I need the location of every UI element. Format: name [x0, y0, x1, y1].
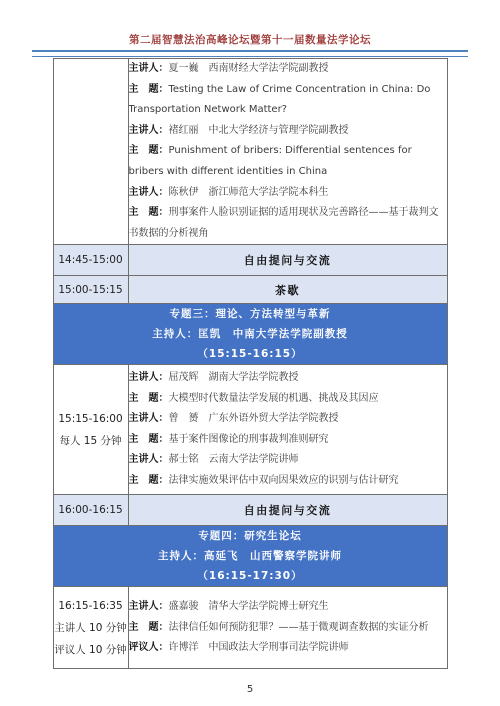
time-line: 16:00-16:15	[54, 499, 128, 521]
time-line: 16:15-16:35	[54, 595, 128, 617]
entry-line: 主 题：Punishment of bribers: Differential …	[129, 141, 447, 182]
entry-line: 主 题：大模型时代数量法学发展的机遇、挑战及其因应	[129, 389, 447, 410]
time-cell: 15:15-16:00每人 15 分钟	[53, 365, 128, 495]
entry-text: 夏一巍 西南财经大学法学院副教授	[169, 63, 329, 74]
session-detail-cell: 主讲人：夏一巍 西南财经大学法学院副教授主 题：Testing the Law …	[128, 59, 447, 245]
time-line: 15:15-16:00	[54, 408, 128, 430]
time-line: 评议人 10 分钟	[54, 639, 128, 661]
banner-line: 主持人：匡凯 中南大学法学院副教授	[54, 324, 447, 344]
document-page: 第二届智慧法治高峰论坛暨第十一届数量法学论坛 主讲人：夏一巍 西南财经大学法学院…	[0, 32, 500, 695]
entry-text: Testing the Law of Crime Concentration i…	[129, 84, 431, 116]
entry-line: 主讲人：曾 赟 广东外语外贸大学法学院教授	[129, 409, 447, 430]
entry-line: 主讲人：陈秋伊 浙江师范大学法学院本科生	[129, 183, 447, 204]
entry-line: 主讲人：屈茂辉 湖南大学法学院教授	[129, 368, 447, 389]
entry-label: 主 题：	[129, 434, 169, 445]
session-banner-cell: 专题四：研究生论坛主持人：高延飞 山西警察学院讲师（16:15-17:30）	[53, 526, 447, 587]
entry-line: 主 题：法律实施效果评估中双向因果效应的识别与估计研究	[129, 471, 447, 492]
banner-line: 专题三：理论、方法转型与革新	[54, 304, 447, 324]
session-detail-cell: 主讲人：屈茂辉 湖南大学法学院教授主 题：大模型时代数量法学发展的机遇、挑战及其…	[128, 365, 447, 495]
activity-cell: 自由提问与交流	[128, 495, 447, 526]
program-row-highlight: 16:00-16:15自由提问与交流	[53, 495, 447, 526]
time-line: 每人 15 分钟	[54, 430, 128, 452]
entry-line: 评议人：许博洋 中国政法大学刑事司法学院讲师	[129, 638, 447, 659]
entry-line: 主 题：刑事案件人脸识别证据的适用现状及完善路径——基于裁判文书数据的分析视角	[129, 203, 447, 244]
session-banner-cell: 专题三：理论、方法转型与革新主持人：匡凯 中南大学法学院副教授（15:15-16…	[53, 304, 447, 365]
page-number: 5	[247, 684, 253, 695]
entry-label: 主讲人：	[129, 454, 169, 465]
entry-text: 刑事案件人脸识别证据的适用现状及完善路径——基于裁判文书数据的分析视角	[129, 207, 439, 239]
entry-line: 主 题：基于案件图像论的刑事裁判准则研究	[129, 430, 447, 451]
entry-text: 褚红丽 中北大学经济与管理学院副教授	[169, 125, 349, 136]
time-cell: 16:00-16:15	[53, 495, 128, 526]
conference-title: 第二届智慧法治高峰论坛暨第十一届数量法学论坛	[0, 32, 500, 47]
entry-label: 主讲人：	[129, 413, 169, 424]
entry-line: 主 题：法律信任如何预防犯罪？——基于微观调查数据的实证分析	[129, 618, 447, 639]
entry-line: 主讲人：郝士铭 云南大学法学院讲师	[129, 450, 447, 471]
entry-label: 主讲人：	[129, 125, 169, 136]
time-cell: 16:15-16:35主讲人 10 分钟评议人 10 分钟	[53, 587, 128, 669]
entry-label: 评议人：	[129, 642, 169, 653]
entry-text: 郝士铭 云南大学法学院讲师	[169, 454, 299, 465]
banner-line: （16:15-17:30）	[54, 566, 447, 586]
entry-text: 许博洋 中国政法大学刑事司法学院讲师	[169, 642, 349, 653]
program-row-detail: 16:15-16:35主讲人 10 分钟评议人 10 分钟主讲人：盛嘉骏 清华大…	[53, 587, 447, 669]
entry-text: 法律实施效果评估中双向因果效应的识别与估计研究	[169, 475, 399, 486]
program-row-highlight: 14:45-15:00自由提问与交流	[53, 245, 447, 276]
activity-cell: 茶歇	[128, 276, 447, 304]
time-line: 主讲人 10 分钟	[54, 617, 128, 639]
entry-text: 屈茂辉 湖南大学法学院教授	[169, 372, 299, 383]
entry-text: 曾 赟 广东外语外贸大学法学院教授	[169, 413, 339, 424]
time-cell	[53, 59, 128, 245]
time-line: 14:45-15:00	[54, 249, 128, 271]
header-divider-rule	[32, 50, 468, 57]
program-row-detail: 主讲人：夏一巍 西南财经大学法学院副教授主 题：Testing the Law …	[53, 59, 447, 245]
page-footer: 5	[0, 684, 500, 695]
session-detail-cell: 主讲人：盛嘉骏 清华大学法学院博士研究生主 题：法律信任如何预防犯罪？——基于微…	[128, 587, 447, 669]
program-schedule-table: 主讲人：夏一巍 西南财经大学法学院副教授主 题：Testing the Law …	[53, 58, 448, 669]
entry-label: 主讲人：	[129, 372, 169, 383]
banner-line: 主持人：高延飞 山西警察学院讲师	[54, 546, 447, 566]
entry-label: 主 题：	[129, 622, 169, 633]
activity-cell: 自由提问与交流	[128, 245, 447, 276]
page-header: 第二届智慧法治高峰论坛暨第十一届数量法学论坛	[0, 32, 500, 57]
entry-label: 主 题：	[129, 475, 169, 486]
program-row-banner: 专题三：理论、方法转型与革新主持人：匡凯 中南大学法学院副教授（15:15-16…	[53, 304, 447, 365]
entry-line: 主讲人：夏一巍 西南财经大学法学院副教授	[129, 59, 447, 80]
entry-label: 主 题：	[129, 145, 169, 156]
entry-text: 法律信任如何预防犯罪？——基于微观调查数据的实证分析	[169, 622, 429, 633]
entry-label: 主讲人：	[129, 63, 169, 74]
entry-label: 主讲人：	[129, 601, 169, 612]
entry-label: 主 题：	[129, 393, 169, 404]
time-line: 15:00-15:15	[54, 279, 128, 301]
entry-line: 主 题：Testing the Law of Crime Concentrati…	[129, 80, 447, 121]
entry-line: 主讲人：盛嘉骏 清华大学法学院博士研究生	[129, 597, 447, 618]
program-row-highlight: 15:00-15:15茶歇	[53, 276, 447, 304]
entry-text: 基于案件图像论的刑事裁判准则研究	[169, 434, 329, 445]
entry-text: 大模型时代数量法学发展的机遇、挑战及其因应	[169, 393, 379, 404]
entry-text: 盛嘉骏 清华大学法学院博士研究生	[169, 601, 329, 612]
banner-line: 专题四：研究生论坛	[54, 526, 447, 546]
program-row-detail: 15:15-16:00每人 15 分钟主讲人：屈茂辉 湖南大学法学院教授主 题：…	[53, 365, 447, 495]
entry-text: 陈秋伊 浙江师范大学法学院本科生	[169, 187, 329, 198]
program-row-banner: 专题四：研究生论坛主持人：高延飞 山西警察学院讲师（16:15-17:30）	[53, 526, 447, 587]
entry-label: 主讲人：	[129, 187, 169, 198]
entry-label: 主 题：	[129, 84, 169, 95]
time-cell: 14:45-15:00	[53, 245, 128, 276]
entry-line: 主讲人：褚红丽 中北大学经济与管理学院副教授	[129, 121, 447, 142]
banner-line: （15:15-16:15）	[54, 344, 447, 364]
time-cell: 15:00-15:15	[53, 276, 128, 304]
entry-label: 主 题：	[129, 207, 169, 218]
entry-text: Punishment of bribers: Differential sent…	[129, 145, 412, 177]
